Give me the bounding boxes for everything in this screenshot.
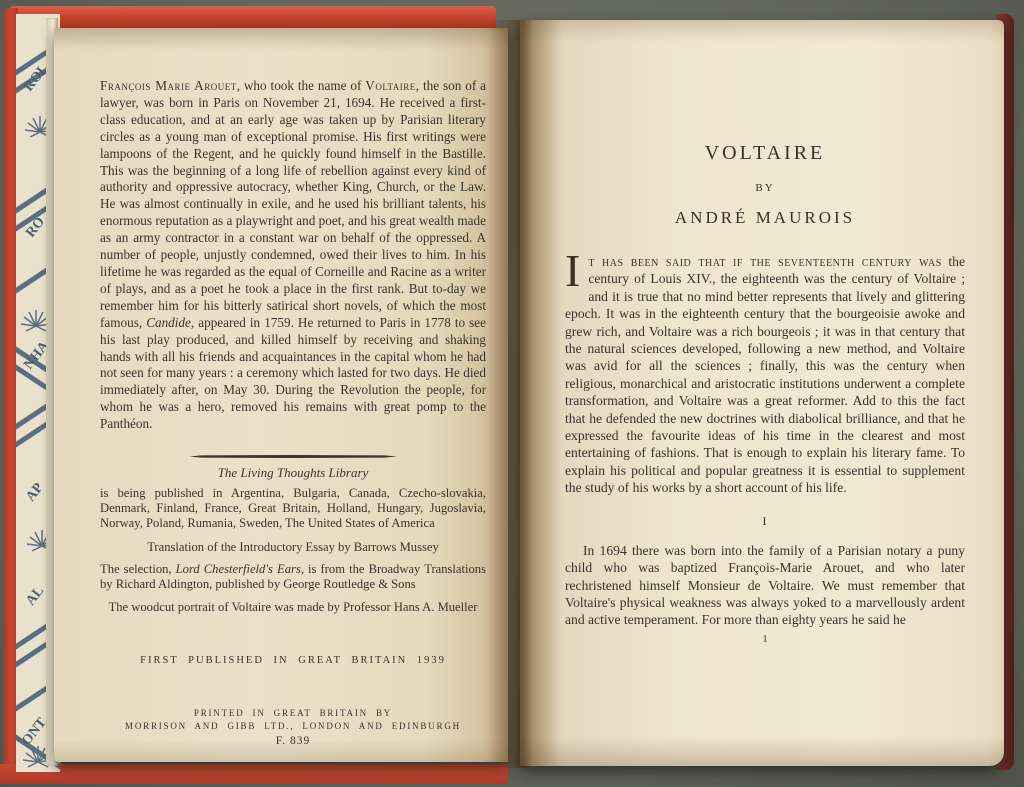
woodcut-note: The woodcut portrait of Voltaire was mad…: [100, 600, 486, 615]
chapter-title: VOLTAIRE: [565, 142, 965, 165]
voltaire-name-smallcaps: Voltaire: [365, 78, 415, 93]
second-paragraph: In 1694 there was born into the family o…: [565, 542, 965, 629]
author-name-smallcaps: François Marie Arouet: [100, 78, 237, 93]
opening-text: the century of Louis XIV., the eighteent…: [565, 254, 965, 495]
series-countries: is being published in Argentina, Bulgari…: [100, 486, 486, 531]
drop-cap: I: [565, 253, 588, 288]
selection-note: The selection, Lord Chesterfield's Ears,…: [100, 562, 486, 592]
printer-line-1: PRINTED IN GREAT BRITAIN BY: [100, 708, 486, 718]
byline: BY: [565, 182, 965, 194]
book-cover-top-edge: [8, 6, 496, 30]
opening-paragraph: It has been said that if the seventeenth…: [565, 253, 965, 497]
left-page: François Marie Arouet, who took the name…: [54, 28, 508, 762]
right-page: VOLTAIRE BY ANDRÉ MAUROIS It has been sa…: [520, 20, 1004, 766]
book-cover-bottom-edge: [0, 764, 508, 784]
first-published-line: FIRST PUBLISHED IN GREAT BRITAIN 1939: [100, 655, 486, 666]
biography-text: , appeared in 1759. He returned to Paris…: [100, 315, 486, 431]
biography-text: , the son of a lawyer, was born in Paris…: [100, 78, 486, 330]
section-numeral: I: [565, 514, 965, 529]
candide-title-italic: Candide: [146, 315, 191, 330]
biography-paragraph: François Marie Arouet, who took the name…: [100, 78, 486, 433]
selection-title-italic: Lord Chesterfield's Ears: [176, 562, 301, 576]
opening-smallcaps: t has been said that if the seventeenth …: [588, 254, 941, 269]
right-page-text: VOLTAIRE BY ANDRÉ MAUROIS It has been sa…: [565, 142, 965, 645]
biography-text: , who took the name of: [237, 78, 366, 93]
printer-line-2: MORRISON AND GIBB LTD., LONDON AND EDINB…: [100, 721, 486, 731]
open-book-photo: ROL RO NHA AP AL ONT François Marie Arou…: [0, 0, 1024, 787]
author-name: ANDRÉ MAUROIS: [565, 208, 965, 228]
swelled-rule: [189, 455, 397, 458]
translation-note: Translation of the Introductory Essay by…: [100, 540, 486, 555]
series-title: The Living Thoughts Library: [100, 465, 486, 481]
page-number: 1: [565, 634, 965, 645]
left-page-text: François Marie Arouet, who took the name…: [100, 78, 486, 747]
printer-code: F. 839: [100, 735, 486, 747]
selection-note-text: The selection,: [100, 562, 176, 576]
